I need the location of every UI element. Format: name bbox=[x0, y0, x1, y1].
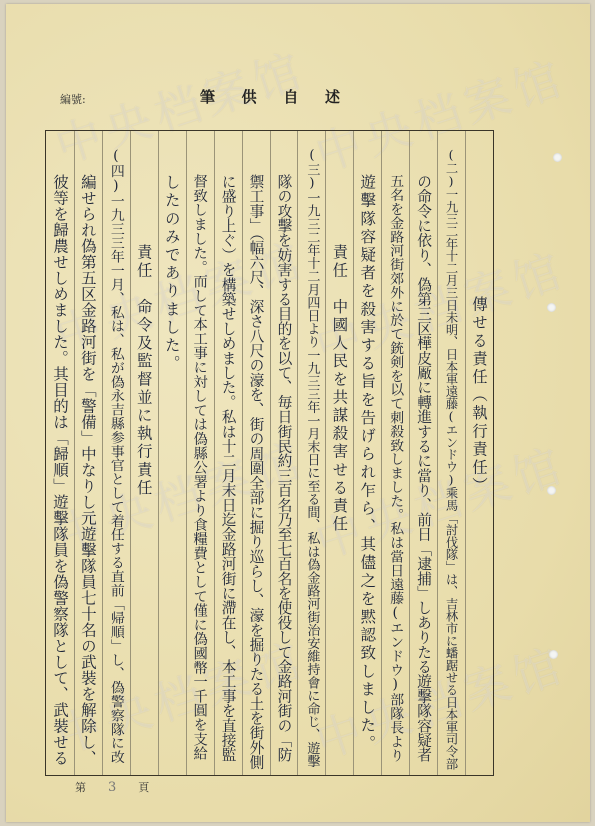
title-char: 供 bbox=[242, 86, 257, 107]
binder-hole bbox=[547, 486, 556, 495]
text-column: 彼等を歸農せしめました。其目的は「歸順」遊擊隊員を偽警察隊として、武裝せる bbox=[46, 131, 74, 775]
column-text: 責任 命令及監督並に執行責任 bbox=[131, 244, 158, 497]
binder-hole bbox=[549, 650, 558, 659]
writing-grid: 傳せる責任（執行責任）(二)一九三二年十二月三日未明、日本軍遠藤(エンドウ)乘馬… bbox=[45, 130, 494, 776]
title-char: 自 bbox=[283, 86, 298, 107]
binder-hole bbox=[547, 303, 556, 312]
page-prefix: 第 bbox=[75, 781, 86, 794]
text-column: の命令に依り、偽第三区樺皮厰に轉進するに當り、前日「逮捕」しありたる遊擊隊容疑者 bbox=[409, 131, 437, 775]
text-column: (四)一九三三年一月、私は、私が偽永吉縣参事官として着任する直前「帰順」し、偽警… bbox=[102, 131, 130, 775]
document-title: 筆 供 自 述 bbox=[200, 86, 340, 107]
column-text: 責任 中國人民を共謀殺害せる責任 bbox=[326, 244, 353, 534]
column-text: 五名を金路河街郊外に於て銃剣を以て刺殺致しました。私は當日遠藤(エンドウ)部隊長… bbox=[382, 174, 409, 762]
text-column: 責任 命令及監督並に執行責任 bbox=[130, 131, 158, 775]
text-column: 禦工事」（幅六尺、深さ八尺の濠を、街の周圍全部に掘り巡らし、濠を掘りたる土を街外… bbox=[242, 131, 270, 775]
text-column: (二)一九三二年十二月三日未明、日本軍遠藤(エンドウ)乘馬「討伐隊」は、吉林市に… bbox=[437, 131, 465, 775]
column-text: 督致しました。而して本工事に対しては偽縣公署より食糧費として僅に偽國幣一千圓を支… bbox=[187, 174, 214, 760]
text-column: に盛り上ぐ）を構築せしめました。私は十二月末日迄金路河街に滯在し、本工事を直接監 bbox=[214, 131, 242, 775]
column-text: (二)一九三二年十二月三日未明、日本軍遠藤(エンドウ)乘馬「討伐隊」は、吉林市に… bbox=[438, 148, 465, 770]
page-number: 3 bbox=[108, 780, 116, 795]
text-column: 督致しました。而して本工事に対しては偽縣公署より食糧費として僅に偽國幣一千圓を支… bbox=[186, 131, 214, 775]
page-suffix: 頁 bbox=[138, 781, 149, 794]
text-column: (三)一九三二年十二月四日より一九三三年一月末日に至る間、私は偽金路河街治安維持… bbox=[297, 131, 325, 775]
column-text: 編せられ偽第五区金路河街を「警備」中なりし元遊擊隊員七十名の武裝を解除し、 bbox=[75, 174, 102, 766]
column-text: 隊の攻擊を妨害する目的を以て、毎日街民約三百名乃至七百名を使役して金路河街の「防 bbox=[271, 174, 298, 762]
column-text: (四)一九三三年一月、私は、私が偽永吉縣参事官として着任する直前「帰順」し、偽警… bbox=[103, 148, 130, 764]
text-column: 遊擊隊容疑者を殺害する旨を告げられ乍ら、其儘之を黙認致しました。 bbox=[353, 131, 381, 775]
text-column: 隊の攻擊を妨害する目的を以て、毎日街民約三百名乃至七百名を使役して金路河街の「防 bbox=[270, 131, 298, 775]
text-column: したのみでありました。 bbox=[158, 131, 186, 775]
title-char: 述 bbox=[325, 86, 340, 107]
column-text: 禦工事」（幅六尺、深さ八尺の濠を、街の周圍全部に掘り巡らし、濠を掘りたる土を街外… bbox=[243, 174, 270, 769]
page-footer: 第3頁 bbox=[75, 779, 149, 795]
column-text: (三)一九三二年十二月四日より一九三三年一月末日に至る間、私は偽金路河街治安維持… bbox=[298, 148, 325, 768]
column-text: したのみでありました。 bbox=[159, 174, 186, 373]
column-text: 傳せる責任（執行責任） bbox=[466, 296, 493, 495]
text-column: 責任 中國人民を共謀殺害せる責任 bbox=[325, 131, 353, 775]
text-column: 傳せる責任（執行責任） bbox=[465, 131, 493, 775]
serial-number-label: 編號: bbox=[60, 91, 86, 107]
column-text: 遊擊隊容疑者を殺害する旨を告げられ乍ら、其儘之を黙認致しました。 bbox=[354, 174, 381, 753]
column-text: に盛り上ぐ）を構築せしめました。私は十二月末日迄金路河街に滯在し、本工事を直接監 bbox=[215, 174, 242, 762]
column-text: 彼等を歸農せしめました。其目的は「歸順」遊擊隊員を偽警察隊として、武裝せる bbox=[46, 174, 74, 766]
text-column: 五名を金路河街郊外に於て銃剣を以て刺殺致しました。私は當日遠藤(エンドウ)部隊長… bbox=[381, 131, 409, 775]
text-column: 編せられ偽第五区金路河街を「警備」中なりし元遊擊隊員七十名の武裝を解除し、 bbox=[74, 131, 102, 775]
title-char: 筆 bbox=[200, 86, 215, 107]
column-text: の命令に依り、偽第三区樺皮厰に轉進するに當り、前日「逮捕」しありたる遊擊隊容疑者 bbox=[410, 174, 437, 762]
binder-hole bbox=[553, 153, 562, 162]
